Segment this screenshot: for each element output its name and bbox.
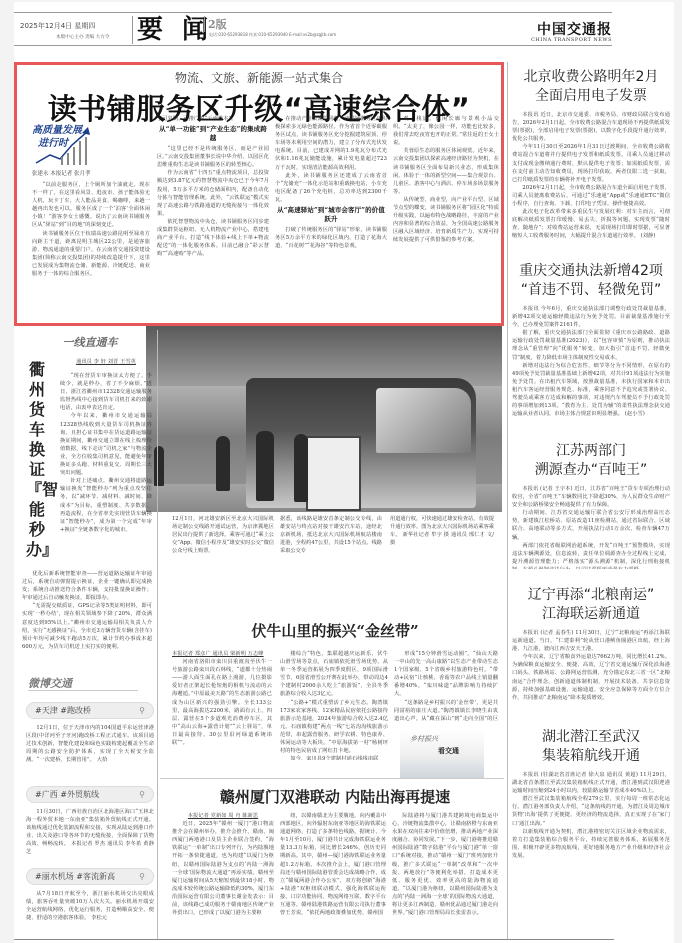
subheading: 从“高速驿站”到“城市会客厅”的价值跃升 bbox=[275, 206, 387, 224]
qr-signboard bbox=[306, 436, 361, 511]
paragraph: 了可复制、可推广的“云南样本”。 bbox=[157, 115, 269, 123]
paragraph: “这条路是乡村振兴的‘金丝带’，更是共同富裕的康庄大道。”陶湾镇镇长李晓生由衷道… bbox=[394, 699, 498, 722]
paragraph: 优化后新系统智能审查——营运道路运输证年审通过后，系统自动弹窗提示换证，企业一键… bbox=[22, 570, 152, 602]
column-label: 一线直通车 bbox=[40, 334, 140, 356]
search-icon: ⚲ bbox=[139, 869, 145, 884]
ganzhou-headline[interactable]: 赣州厦门双港联动 内陆出海再提速 bbox=[170, 786, 500, 807]
issue-date: 2025年12月4日 星期四 bbox=[20, 21, 95, 31]
lead-kicker: 物流、文旅、新能源一站式集合 bbox=[17, 69, 501, 86]
lead-column-3: 在推动产业集聚的同时，读书铺服务区还积极探索多元绿色能源路径。作为省首个近零碳服… bbox=[275, 115, 387, 321]
editor-credits: 本版中心主办 责编 大方令 bbox=[56, 34, 109, 40]
brief-title: 辽宁再添“北粮南运”江海联运新通道 bbox=[512, 586, 670, 624]
right-news-column: 北京收费公路明年2月全面启用电子发票 本报讯 近日，北京市交通委、市税务局、市财… bbox=[512, 64, 670, 878]
search-icon: ⚲ bbox=[139, 787, 145, 802]
ganzhou-byline: 本报记者 党新如 周 舟 陈新思 bbox=[172, 812, 274, 820]
feature-byline: 本报记者 郑彦广 通讯员 梁新明 万志峰 bbox=[172, 650, 272, 658]
weibo-item-text: 从7月18日开航至今，浙江丽水机场交出亮眼成绩，旅客吞吐量突破10万人次大关。丽… bbox=[26, 890, 154, 938]
vertical-story-body-bottom: 优化后新系统智能审查——营运道路运输证年审通过后，系统自动弹窗提示换证，企业一键… bbox=[22, 570, 152, 658]
photo-caption-2: 据悉，该线路是雄安首条定制公交专线，由雄安站与终点站对接干雄安汽车站，途经北京新… bbox=[280, 515, 382, 555]
newspaper-logo: 中国交通报 bbox=[537, 19, 612, 39]
brief-title: 湖北潜江至武汉集装箱航线开通 bbox=[512, 728, 670, 766]
photo-caption-1: 12月1日，河北雄安新区至北京大兴国际机场定制公交线路开通试运营，为京津冀地区居… bbox=[172, 515, 274, 555]
paragraph: 读书铺服务区位于杭瑞高速公路昆明至禄劝方向距主干道，距离昆明主城区22公里，是通… bbox=[32, 230, 150, 279]
hashtag-tianjin[interactable]: #天津 #跑改桥⚲ bbox=[26, 702, 154, 719]
paragraph: 今年以来，衢州市交通运输局12328热线收到大量货车司机换证咨询，且担心证书集中… bbox=[60, 412, 152, 477]
lead-column-2: 了可复制、可推广的“云南样本”。 从“单一功能”到“产业生态”的集成跨越 “这里… bbox=[157, 115, 269, 321]
weibo-item-text: 12月1日，位于天津市内的104国道平东运营津港区段(中洋河至子牙河)跑改桥工程… bbox=[26, 724, 154, 780]
paragraph: 纽，以赣南赣北为主要腹地，向内覆盖中西部地区，向外辐射东南亚等地区的海铁联运通道… bbox=[280, 812, 386, 917]
paragraph: 此外，读书铺服务区还建成了云南省首个“光储充”一体化示范站和重载换电站，小车充电… bbox=[275, 172, 387, 204]
paragraph: 打破了传统服务区的“驿站”形象，读书铺服务区5万余平方米的绿化区域内，打造了花海… bbox=[275, 226, 387, 250]
lead-column-1: “以前走服务区，上个厕所加个油就走。现在不一样了，在这里看风景、逛夜市、孩子能体… bbox=[32, 181, 150, 321]
paragraph: “以前走服务区，上个厕所加个油就走。现在不一样了，在这里看风景、逛夜市、孩子能体… bbox=[32, 181, 150, 230]
feature-column-2: 楼综合“特色，集联超越庆运新乐、伏牛山滑雪场等景点，石庙镇依托滑雪场优势，从单一… bbox=[280, 650, 388, 760]
news-brief-liaoning[interactable]: 辽宁再添“北粮南运”江海联运新通道 本报讯 (记者 孟春生) 11月30日，辽宁… bbox=[512, 586, 670, 716]
section-title: 要 闻 bbox=[132, 16, 213, 44]
hashtag-lishui-airport[interactable]: #丽水机场 #客流新高⚲ bbox=[26, 868, 154, 885]
bus-shape bbox=[246, 378, 476, 508]
news-photo-bus[interactable] bbox=[146, 326, 502, 512]
paragraph: “无需提交纸质证，GPS记录等5类证明材料，即可实现‘一秒办结’，现在相关领域参… bbox=[22, 602, 152, 651]
masthead-left: 2025年12月4日 星期四 本版中心主办 责编 大方令 要 闻 2版 电话:0… bbox=[14, 12, 312, 46]
quality-development-badge: 高质量发展 进行时 bbox=[32, 121, 92, 167]
photo-caption-3: 用道通行权，可快速通过雄安检查站，有效提升通行效率。图为北京大兴国际机场站乘客乘… bbox=[390, 515, 494, 547]
ganzhou-column-1: 本报记者 党新如 周 舟 陈新思 近日，2025年“赣州一厦门”港口物流推介会在… bbox=[172, 812, 274, 936]
paragraph: 际陆港将与厦门港共建跨境电商集运中心、冷链物流集散中心，让赣南脐橙与东南亚水果在… bbox=[392, 812, 498, 917]
paragraph: 观、栈道、休闲长廊与景观小品交织。“太美了，像公园一样，功能也比较多，我们常去吃… bbox=[393, 115, 499, 147]
feature-headline[interactable]: 伏牛山里的振兴“金丝带” bbox=[170, 620, 500, 641]
brief-title: 江苏两部门溯源查办“百吨王” bbox=[512, 442, 670, 480]
news-brief-beijing[interactable]: 北京收费公路明年2月全面启用电子发票 本报讯 近日，北京市交通委、市税务局、市财… bbox=[512, 68, 670, 256]
lead-byline: 张建永 本报记者 张月孝 bbox=[32, 169, 91, 177]
paragraph: 从传统型、商业型，向产业平台型、区域节点型的蝶变，读书铺服务区将“园区化”特质升… bbox=[393, 196, 499, 245]
vertical-byline: 通讯员 李 轩 刘晋 王雪英 bbox=[60, 358, 152, 366]
paragraph: 针对上述痛点，衢州交通将道路运输证换发“智能秒办”列为重点攻坚任务，以“减环节、… bbox=[60, 477, 152, 534]
feature-column-3: 形成“15分钟滑雪运动圈”。“仙山天路一中山的先一高山康路”以生态产业带动生态1… bbox=[394, 650, 498, 722]
paragraph: 在推动产业集聚的同时，读书铺服务区还积极探索多元绿色能源路径。作为省首个近零碳服… bbox=[275, 115, 387, 172]
paragraph: 芙蓉原生态的服务区休闲观赏。近年来，云南交投集团以探索高速经济路径为契机，在读书… bbox=[393, 147, 499, 196]
subheading: 从“单一功能”到“产业生态”的集成跨越 bbox=[157, 125, 269, 143]
brief-title: 北京收费公路明年2月全面启用电子发票 bbox=[512, 68, 670, 106]
lead-story-highlight[interactable]: 物流、文旅、新能源一站式集合 读书铺服务区升级“高速综合体” 高质量发展 进行时… bbox=[14, 62, 504, 326]
news-brief-chongqing[interactable]: 重庆交通执法新增42项“首违不罚、轻微免罚” 本报讯 今年6月，重庆交通执法部门… bbox=[512, 262, 670, 434]
hashtag-guangxi[interactable]: #广西 #外贸航线⚲ bbox=[26, 786, 154, 803]
page-number: 2版 bbox=[204, 16, 227, 32]
paragraph: 形成“15分钟滑雪运动圈”。“仙山天路一中山的先一高山康路”以生态产业带动生态1… bbox=[394, 650, 498, 699]
paragraph: “这里已经不是传统服务区，而是产业园区。”云南交投集团董事长说中华介绍，以园区化… bbox=[157, 145, 269, 169]
paragraph: 河南省洛阳市栾川县重渡沟至伏牛一号旅游公路栾川段石林线，“道都十分热闹——游人面… bbox=[172, 658, 272, 747]
paragraph: 作为云南省“十四五”重点物流项目，总投资额达到3.87亿元的智慧物流中央仓已于今… bbox=[157, 169, 269, 218]
paragraph: 如今，栾川县9个建制村通石线线串联 bbox=[280, 755, 388, 760]
vertical-headline[interactable]: 衢州货车换证『智能秒办』 bbox=[26, 360, 48, 560]
ganzhou-column-2: 纽，以赣南赣北为主要腹地，向内覆盖中西部地区，向外辐射东南亚等地区的海铁联运通道… bbox=[280, 812, 386, 936]
brief-title: 重庆交通执法新增42项“首违不罚、轻微免罚” bbox=[512, 262, 670, 300]
masthead-right: 中国交通报 CHINA TRANSPORT NEWS bbox=[312, 12, 612, 46]
ganzhou-column-3: 际陆港将与厦门港共建跨境电商集运中心、冷链物流集散中心，让赣南脐橙与东南亚水果在… bbox=[392, 812, 498, 936]
paragraph: “现在营货车审换证太方便了，手续少，就是秒办，省了不少麻烦。”近日，浙江省衢州市… bbox=[60, 372, 152, 412]
weibo-item-text: 11月30日，广西壮族自治区北海港区海口“玉林北海一程外贸本地一东南亚”集装箱外… bbox=[26, 808, 154, 864]
search-icon: ⚲ bbox=[139, 703, 145, 718]
rural-revitalization-stamp: 乡村振兴 看交通 bbox=[400, 730, 484, 778]
newspaper-logo-english: CHINA TRANSPORT NEWS bbox=[531, 37, 612, 43]
news-brief-jiangsu[interactable]: 江苏两部门溯源查办“百吨王” 本报讯 (记者 王宇本) 近日，江苏省“百吨王”货… bbox=[512, 442, 670, 574]
badge-line-2: 进行时 bbox=[38, 134, 68, 149]
paragraph: “公路+”模式重塑活了乡元生态。陶湾镇173家农家客栈、12家精品民宿依托公路接… bbox=[280, 699, 388, 756]
paragraph: 依托智慧物流中央仓，读书铺服务区同步建成集群货运枢纽、无人机物流产业中心，搭建电… bbox=[157, 218, 269, 258]
lead-column-4: 观、栈道、休闲长廊与景观小品交织。“太美了，像公园一样，功能也比较多，我们常去吃… bbox=[393, 115, 499, 321]
paragraph: 近日，2025年“赣州一厦门”港口物流推介会在赣州举办，推介会推介，赣南、闽西厦… bbox=[172, 820, 274, 917]
news-brief-hubei[interactable]: 湖北潜江至武汉集装箱航线开通 本报讯 (驻湖北省首席记者 徐大泉 通讯员 黄超)… bbox=[512, 728, 670, 878]
paragraph: 楼综合“特色，集联超越庆运新乐、伏牛山滑雪场等景点，石庙镇依托滑雪场优势，从单一… bbox=[280, 650, 388, 699]
feature-column-1: 本报记者 郑彦广 通讯员 梁新明 万志峰 河南省洛阳市栾川县重渡沟至伏牛一号旅游… bbox=[172, 650, 272, 760]
weibo-section-title: 微博交通 bbox=[28, 675, 72, 691]
vertical-story-body-top: “现在营货车审换证太方便了，手续少，就是秒办，省了不少麻烦。”近日，浙江省衢州市… bbox=[60, 372, 152, 568]
